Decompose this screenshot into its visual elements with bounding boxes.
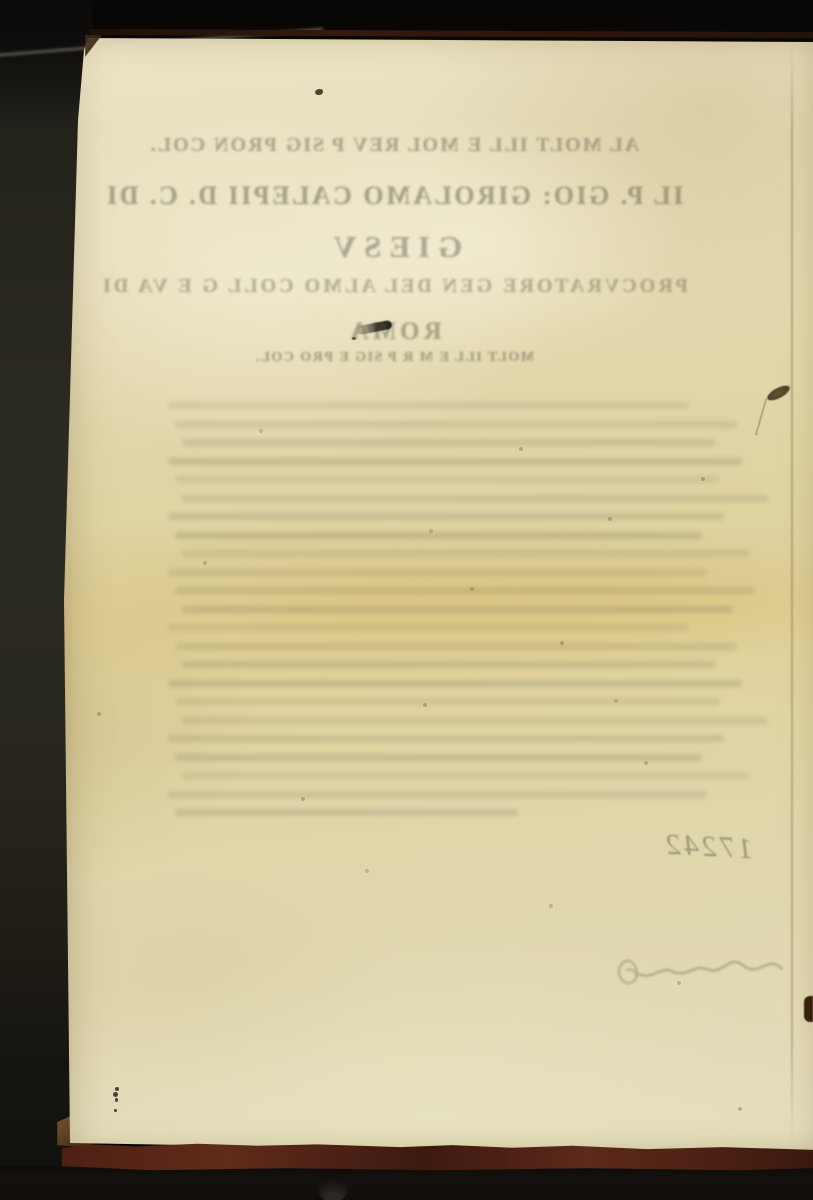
bleed-text-line: [168, 735, 724, 742]
ink-smudge-dot: [352, 337, 356, 340]
showthrough-dedication: AL MOLT ILL E MOL REV P SIG PRON COL.IL …: [88, 0, 700, 400]
bleed-text-line: [175, 532, 702, 539]
dedication-line: IL P. GIO: GIROLAMO CALEPII D. C. DI: [88, 181, 700, 211]
bleed-text-line: [168, 680, 742, 687]
dedication-line: PROCVRATORE GEN DEL ALMO COLL G E VA DI: [88, 275, 700, 298]
bleed-text-line: [175, 643, 737, 650]
bleed-text-line: [168, 624, 689, 631]
scanned-book-page: AL MOLT ILL E MOL REV P SIG PRON COL.IL …: [0, 0, 813, 1200]
bleed-text-line: [175, 587, 755, 594]
page-crease-line: [791, 46, 793, 1148]
bleed-text-line: [182, 606, 733, 613]
ink-marks-bottom-left: [112, 1087, 122, 1111]
bleed-text-line: [168, 458, 742, 465]
bleed-text-line: [175, 421, 737, 428]
bleed-text-line: [168, 791, 707, 798]
bleed-text-line: [182, 772, 750, 779]
scanner-bed-bottom: [0, 1166, 813, 1200]
signature-showthrough: [596, 927, 790, 1005]
edge-notch: [804, 996, 813, 1022]
bleed-text-line: [175, 809, 518, 816]
dedication-line: ROMA: [88, 318, 700, 346]
bleed-text-line: [168, 402, 689, 409]
dedication-line: AL MOLT ILL E MOL REV P SIG PRON COL.: [88, 134, 700, 157]
dedication-line: MOLT ILL E M R P SIG E PRO COL.: [88, 350, 700, 366]
bleed-text-line: [182, 661, 715, 668]
bleed-text-line: [182, 495, 768, 502]
bleed-text-line: [182, 550, 750, 557]
bleed-text-line: [182, 717, 768, 724]
scanner-knob: [318, 1176, 348, 1200]
dedication-line: GIESV: [88, 229, 700, 265]
bleed-text-line: [175, 698, 720, 705]
bleed-text-line: [182, 439, 715, 446]
bleed-text-line: [175, 754, 702, 761]
bleed-text-line: [168, 569, 707, 576]
bleed-text-line: [168, 513, 724, 520]
showthrough-body-text: [168, 402, 760, 828]
handwritten-number-showthrough: 17242: [647, 827, 769, 867]
fly-specks: [0, 0, 2, 2]
bleed-text-line: [175, 476, 720, 483]
